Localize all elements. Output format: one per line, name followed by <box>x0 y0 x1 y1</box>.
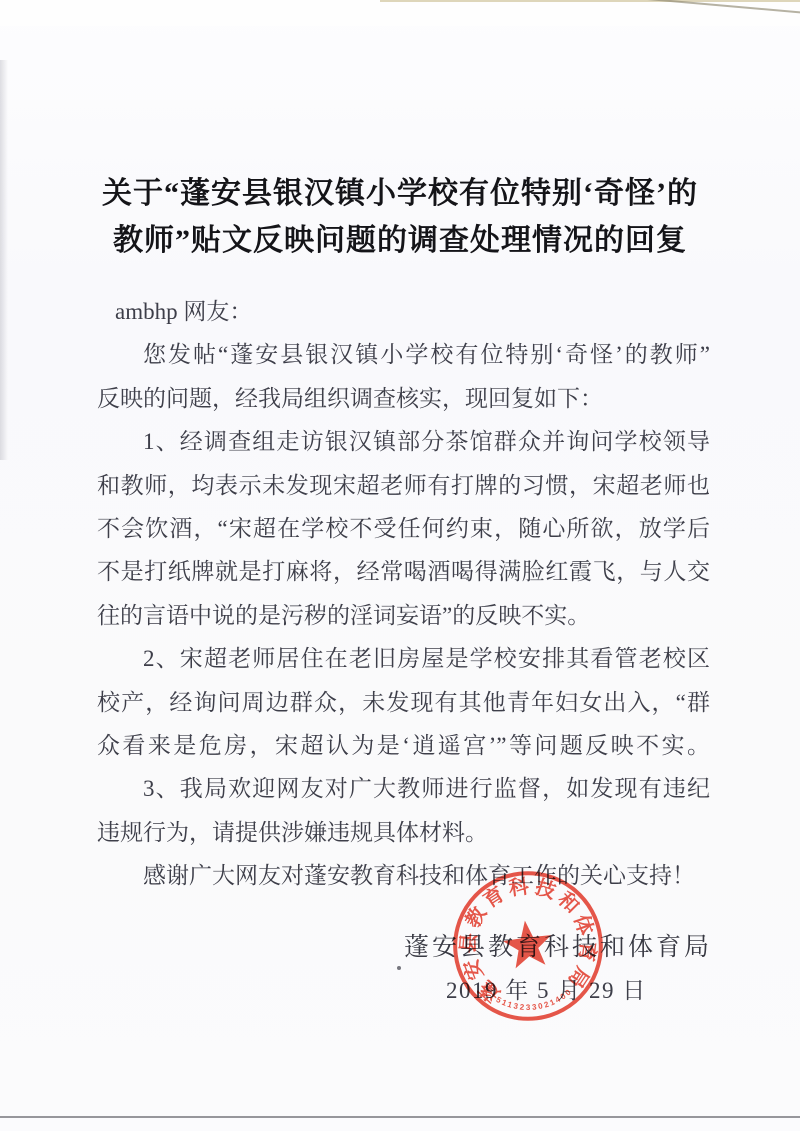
body-line: 违规行为，请提供涉嫌违规具体材料。 <box>97 811 710 854</box>
body-line: 众看来是危房，宋超认为是‘逍遥宫’”等问题反映不实。 <box>97 724 710 767</box>
scan-left-shadow <box>0 60 8 460</box>
body-line: 1、经调查组走访银汉镇部分茶馆群众并询问学校领导 <box>97 420 710 463</box>
body-line: 不会饮酒，“宋超在学校不受任何约束，随心所欲，放学后 <box>97 507 710 550</box>
salutation-line: ambhp 网友： <box>97 290 710 333</box>
scan-top-artifact-line <box>380 0 800 2</box>
body-line: 不是打纸牌就是打麻将，经常喝酒喝得满脸红霞飞，与人交 <box>97 550 710 593</box>
scanned-letter-page: 关于“蓬安县银汉镇小学校有位特别‘奇怪’的 教师”贴文反映问题的调查处理情况的回… <box>0 0 800 1131</box>
seal-code-number: 5113233021400 <box>494 986 576 1017</box>
letter-body: ambhp 网友： 您发帖“蓬安县银汉镇小学校有位特别‘奇怪’的教师” 反映的问… <box>97 290 710 897</box>
letter-title-line1: 关于“蓬安县银汉镇小学校有位特别‘奇怪’的 <box>40 170 760 217</box>
body-line: 您发帖“蓬安县银汉镇小学校有位特别‘奇怪’的教师” <box>97 333 710 376</box>
official-seal: 蓬安县教育科技和体育局 5113233021400 <box>439 857 617 1035</box>
scan-below-paper-area <box>0 1118 800 1131</box>
body-line: 校产，经询问周边群众，未发现有其他青年妇女出入，“群 <box>97 681 710 724</box>
svg-text:5113233021400: 5113233021400 <box>494 986 576 1017</box>
body-line: 3、我局欢迎网友对广大教师进行监督，如发现有违纪 <box>97 767 710 810</box>
letter-title-line2: 教师”贴文反映问题的调查处理情况的回复 <box>40 217 760 264</box>
closing-thanks-line: 感谢广大网友对蓬安教育科技和体育工作的关心支持！ <box>97 854 710 897</box>
body-line: 反映的问题，经我局组织调查核实，现回复如下： <box>97 377 710 420</box>
body-line: 和教师，均表示未发现宋超老师有打牌的习惯，宋超老师也 <box>97 464 710 507</box>
letter-title: 关于“蓬安县银汉镇小学校有位特别‘奇怪’的 教师”贴文反映问题的调查处理情况的回… <box>40 170 760 264</box>
body-line: 2、宋超老师居住在老旧房屋是学校安排其看管老校区 <box>97 637 710 680</box>
star-icon <box>501 918 555 970</box>
body-line: 往的言语中说的是污秽的淫词妄语”的反映不实。 <box>97 594 710 637</box>
scan-ink-speck <box>397 966 401 970</box>
scan-top-edge <box>0 0 800 26</box>
